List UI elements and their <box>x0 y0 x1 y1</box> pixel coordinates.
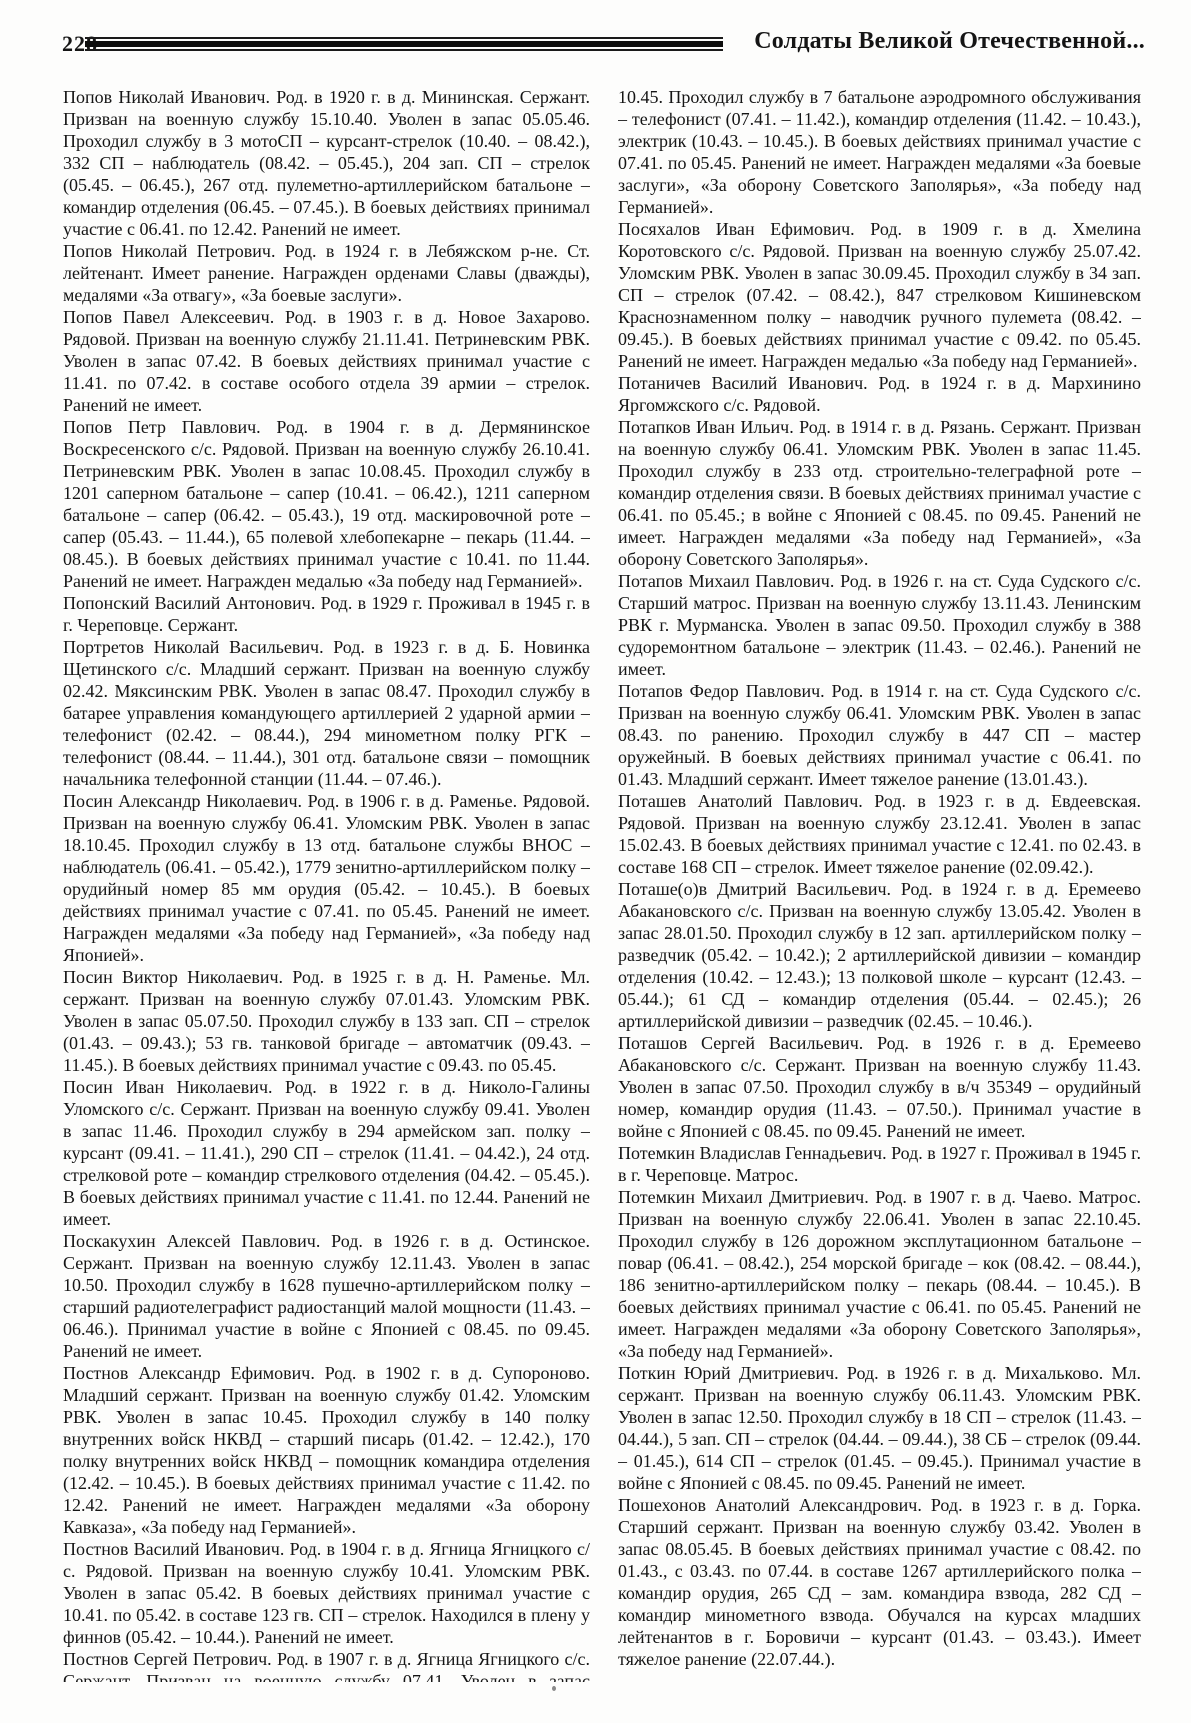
right-column: 10.45. Проходил службу в 7 батальоне аэр… <box>618 86 1141 1682</box>
entry-paragraph: Потапов Михаил Павлович. Род. в 1926 г. … <box>618 570 1141 680</box>
running-head: 228 Солдаты Великой Отечественной... <box>0 0 1191 70</box>
book-title: Солдаты Великой Отечественной... <box>754 28 1145 55</box>
entry-paragraph: Постнов Сергей Петрович. Род. в 1907 г. … <box>63 1648 590 1682</box>
entry-paragraph: Портретов Николай Васильевич. Род. в 192… <box>63 636 590 790</box>
entry-paragraph: Посин Виктор Николаевич. Род. в 1925 г. … <box>63 966 590 1076</box>
entry-paragraph: Потаничев Василий Иванович. Род. в 1924 … <box>618 372 1141 416</box>
entry-paragraph: Постнов Александр Ефимович. Род. в 1902 … <box>63 1362 590 1538</box>
entry-paragraph: 10.45. Проходил службу в 7 батальоне аэр… <box>618 86 1141 218</box>
entry-paragraph: Постнов Василий Иванович. Род. в 1904 г.… <box>63 1538 590 1648</box>
entry-paragraph: Попов Петр Павлович. Род. в 1904 г. в д.… <box>63 416 590 592</box>
entry-paragraph: Посин Иван Николаевич. Род. в 1922 г. в … <box>63 1076 590 1230</box>
scan-speck <box>552 1686 556 1691</box>
header-rule-thin-bottom <box>85 49 723 51</box>
entry-paragraph: Потемкин Владислав Геннадьевич. Род. в 1… <box>618 1142 1141 1186</box>
entry-paragraph: Поташов Сергей Васильевич. Род. в 1926 г… <box>618 1032 1141 1142</box>
entry-paragraph: Попонский Василий Антонович. Род. в 1929… <box>63 592 590 636</box>
entry-paragraph: Потапков Иван Ильич. Род. в 1914 г. в д.… <box>618 416 1141 570</box>
text-columns: Попов Николай Иванович. Род. в 1920 г. в… <box>63 86 1141 1682</box>
header-rule-thin-top <box>85 37 723 39</box>
entry-paragraph: Поташев Анатолий Павлович. Род. в 1923 г… <box>618 790 1141 878</box>
entry-paragraph: Потемкин Михаил Дмитриевич. Род. в 1907 … <box>618 1186 1141 1362</box>
entry-paragraph: Попов Николай Петрович. Род. в 1924 г. в… <box>63 240 590 306</box>
book-page: 228 Солдаты Великой Отечественной... Поп… <box>0 0 1191 1723</box>
entry-paragraph: Попов Николай Иванович. Род. в 1920 г. в… <box>63 86 590 240</box>
entry-paragraph: Пошехонов Анатолий Александрович. Род. в… <box>618 1494 1141 1670</box>
entry-paragraph: Посин Александр Николаевич. Род. в 1906 … <box>63 790 590 966</box>
header-rule <box>85 37 723 53</box>
entry-paragraph: Поскакухин Алексей Павлович. Род. в 1926… <box>63 1230 590 1362</box>
entry-paragraph: Потапов Федор Павлович. Род. в 1914 г. н… <box>618 680 1141 790</box>
entry-paragraph: Поткин Юрий Дмитриевич. Род. в 1926 г. в… <box>618 1362 1141 1494</box>
header-rule-thick <box>85 41 723 47</box>
entry-paragraph: Попов Павел Алексеевич. Род. в 1903 г. в… <box>63 306 590 416</box>
left-column: Попов Николай Иванович. Род. в 1920 г. в… <box>63 86 590 1682</box>
entry-paragraph: Посяхалов Иван Ефимович. Род. в 1909 г. … <box>618 218 1141 372</box>
entry-paragraph: Поташе(о)в Дмитрий Васильевич. Род. в 19… <box>618 878 1141 1032</box>
